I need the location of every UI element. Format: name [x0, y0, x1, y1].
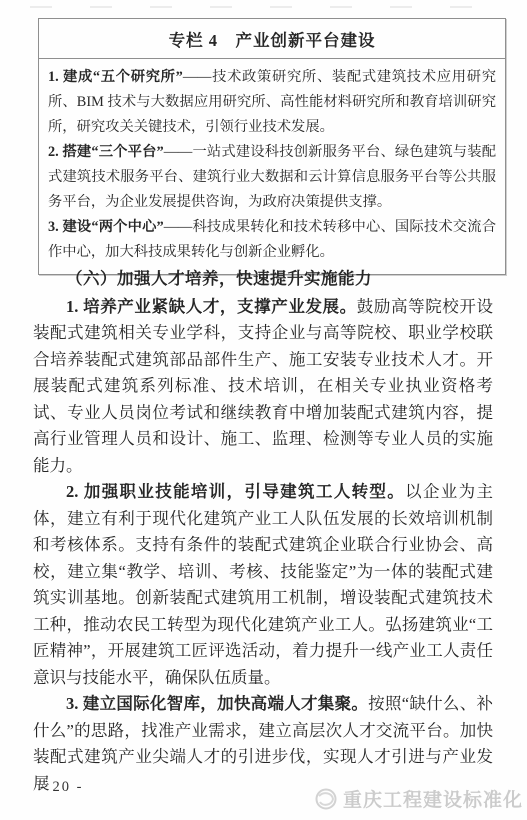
box-item: 3. 建设“两个中心”——科技成果转化和技术转移中心、国际技术交流合作中心，加大…	[48, 215, 496, 265]
box-item: 1. 建成“五个研究所”——技术政策研究所、装配式建筑技术应用研究所、BIM 技…	[48, 65, 496, 140]
scan-artifact	[30, 6, 507, 8]
watermark: 重庆工程建设标准化	[314, 785, 523, 812]
box-item: 2. 搭建“三个平台”——一站式建设科技创新服务平台、绿色建筑与装配式建筑技术服…	[48, 140, 496, 215]
column-4-box: 专栏 4 产业创新平台建设 1. 建成“五个研究所”——技术政策研究所、装配式建…	[38, 18, 506, 275]
paragraph-lead: 1. 培养产业紧缺人才，支撑产业发展。	[66, 297, 357, 316]
box-body: 1. 建成“五个研究所”——技术政策研究所、装配式建筑技术应用研究所、BIM 技…	[39, 59, 505, 274]
paragraph-lead: 3. 建立国际化智库，加快高端人才集聚。	[66, 694, 368, 713]
box-title: 专栏 4 产业创新平台建设	[39, 19, 505, 59]
box-item-lead: 2. 搭建“三个平台”	[48, 144, 164, 160]
watermark-text: 重庆工程建设标准化	[343, 785, 523, 812]
paragraph-text: 以企业为主体，建立有利于现代化建筑产业工人队伍发展的长效培训机制和考核体系。支持…	[33, 482, 493, 687]
body-paragraph: 1. 培养产业紧缺人才，支撑产业发展。鼓励高等院校开设装配式建筑相关专业学科，支…	[33, 294, 493, 480]
page-number: - 20 -	[40, 779, 83, 796]
section-heading: （六）加强人才培养，快速提升实施能力	[33, 266, 493, 293]
main-text: （六）加强人才培养，快速提升实施能力 1. 培养产业紧缺人才，支撑产业发展。鼓励…	[33, 266, 493, 797]
body-paragraph: 3. 建立国际化智库，加快高端人才集聚。按照“缺什么、补什么”的思路，找准产业需…	[33, 691, 493, 797]
watermark-logo-icon	[314, 787, 338, 811]
body-paragraph: 2. 加强职业技能培训，引导建筑工人转型。以企业为主体，建立有利于现代化建筑产业…	[33, 479, 493, 691]
paragraph-text: 鼓励高等院校开设装配式建筑相关专业学科，支持企业与高等院校、职业学校联合培养装配…	[33, 297, 493, 475]
paragraph-lead: 2. 加强职业技能培训，引导建筑工人转型。	[66, 482, 405, 501]
document-page: 专栏 4 产业创新平台建设 1. 建成“五个研究所”——技术政策研究所、装配式建…	[0, 0, 527, 820]
box-item-lead: 3. 建设“两个中心”	[48, 219, 164, 235]
box-item-lead: 1. 建成“五个研究所”	[48, 69, 183, 85]
